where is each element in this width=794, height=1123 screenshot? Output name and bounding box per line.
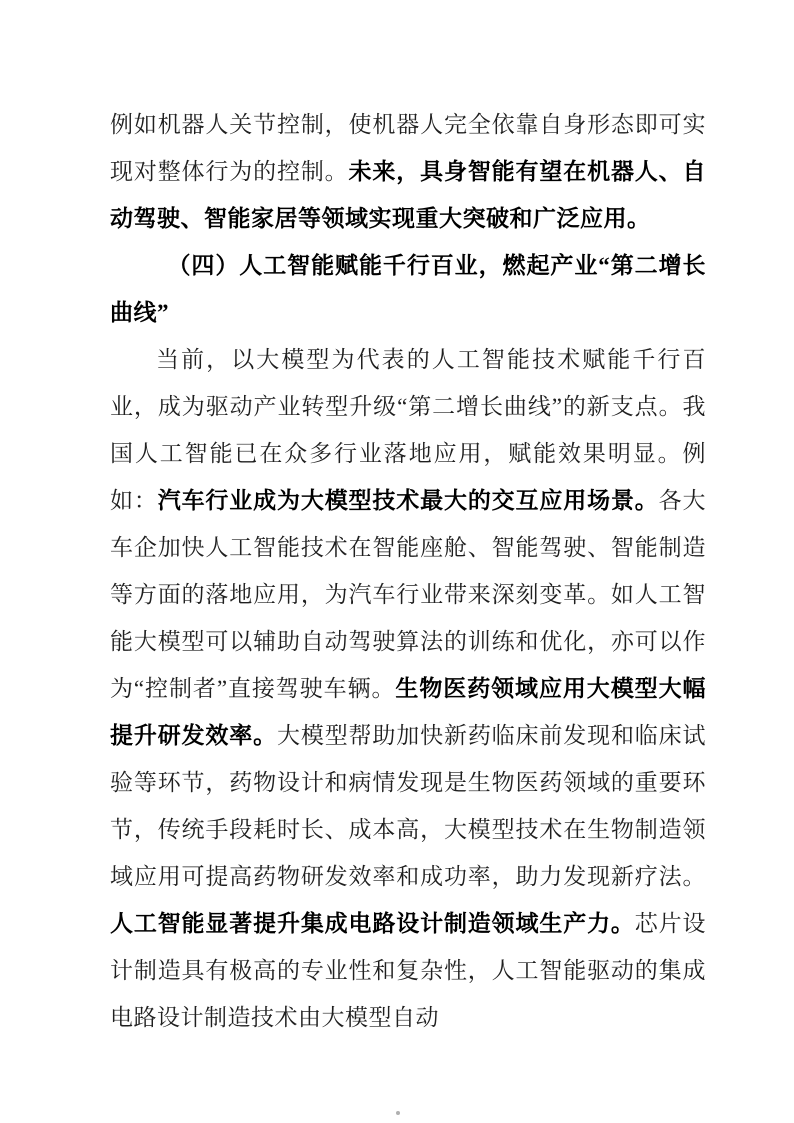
text-run: （四）人工智能赋能千行百业，燃起产业“第二增长曲线” xyxy=(110,253,706,325)
heading-section-four: （四）人工智能赋能千行百业，燃起产业“第二增长曲线” xyxy=(110,242,706,336)
text-run: 人工智能显著提升集成电路设计制造领域生产力。 xyxy=(110,910,635,936)
document-text-block: 例如机器人关节控制，使机器人完全依靠自身形态即可实现对整体行为的控制。未来，具身… xyxy=(110,101,706,1041)
text-run: 各大车企加快人工智能技术在智能座舱、智能驾驶、智能制造等方面的落地应用，为汽车行… xyxy=(110,488,706,701)
text-run: 汽车行业成为大模型技术最大的交互应用场景。 xyxy=(158,487,659,513)
page-number-dot xyxy=(396,1111,400,1115)
document-page: 例如机器人关节控制，使机器人完全依靠自身形态即可实现对整体行为的控制。未来，具身… xyxy=(0,0,794,1123)
paragraph-embodied-ai-continuation: 例如机器人关节控制，使机器人完全依靠自身形态即可实现对整体行为的控制。未来，具身… xyxy=(110,101,706,242)
paragraph-industry-empowerment: 当前，以大模型为代表的人工智能技术赋能千行百业，成为驱动产业转型升级“第二增长曲… xyxy=(110,336,706,1041)
